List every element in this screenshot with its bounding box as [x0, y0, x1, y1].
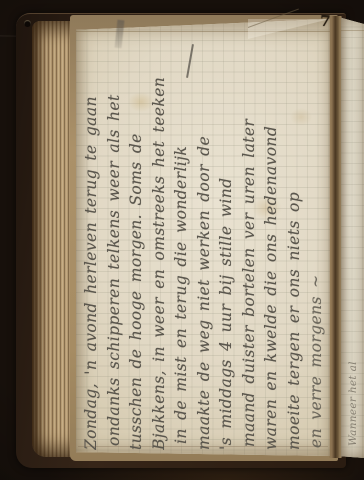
handwriting-line: 's middags 4 uur bij stille wind: [215, 34, 238, 450]
handwriting-line: ondanks schipperen telkens weer als het: [103, 34, 126, 450]
cover-grommet: [24, 20, 31, 27]
facing-page-edge-line: [341, 30, 364, 31]
page-top-edge-line: [76, 31, 330, 32]
handwriting-block: Zondag, 'n avond herleven terug te gaan …: [80, 34, 328, 450]
page-number-mark: 7: [319, 12, 331, 31]
handwriting-line: Zondag, 'n avond herleven terug te gaan: [80, 34, 103, 450]
notebook-photo: Zondag, 'n avond herleven terug te gaan …: [0, 0, 364, 480]
handwriting-line: in de mist en terug die wonderlijk: [170, 34, 193, 450]
page-gutter: [329, 16, 342, 458]
handwriting-line: maakte de weg niet werken door de: [193, 34, 216, 450]
handwriting-line: en verre morgens ~: [305, 34, 328, 450]
handwriting-line: tusschen de hooge morgen. Soms de: [125, 34, 148, 450]
handwriting-line: moeite tergen er ons niets op: [283, 34, 306, 450]
facing-page-handwriting: Wanneer het al: [347, 328, 363, 446]
handwriting-line: Bjakkens, in weer en omstreeks het teeke…: [148, 34, 171, 450]
handwriting-line: maand duister bortelen ver uren later: [238, 34, 261, 450]
handwriting-line: waren en kwelde die ons hedenavond: [260, 34, 283, 450]
